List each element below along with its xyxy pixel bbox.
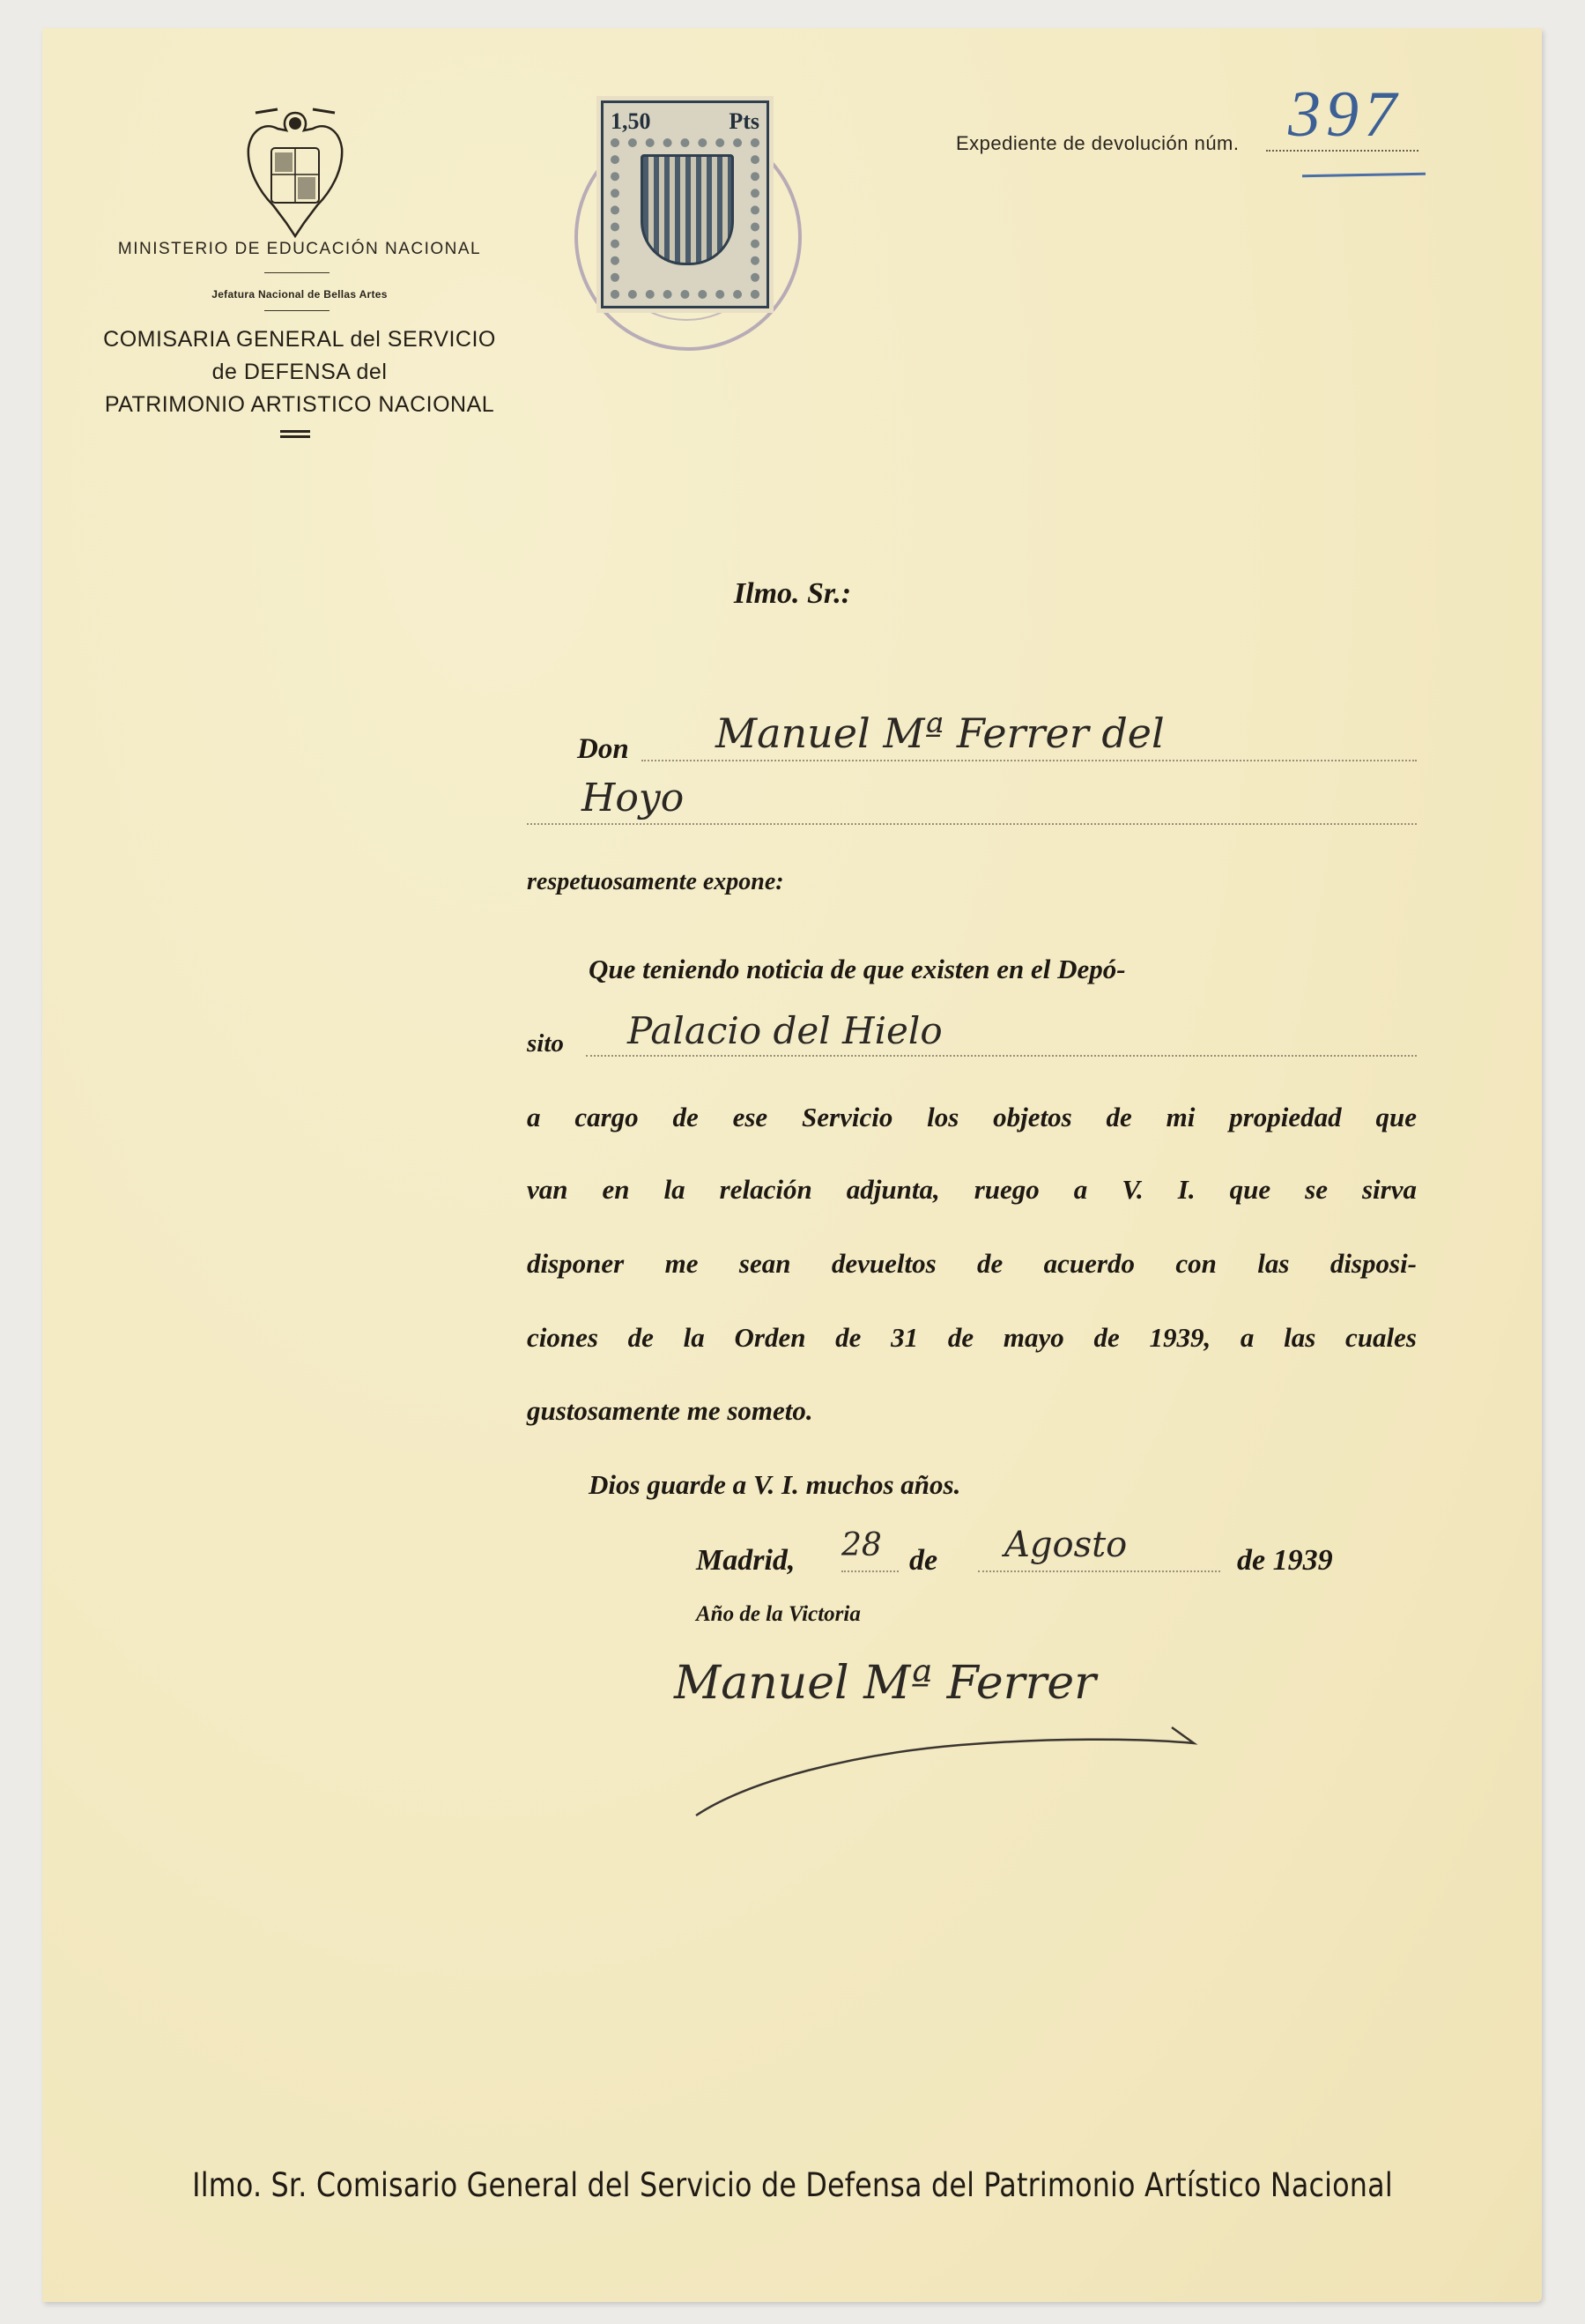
expediente-number: 397 bbox=[1288, 78, 1402, 152]
comisaria-line: PATRIMONIO ARTISTICO NACIONAL bbox=[88, 389, 511, 421]
revenue-stamp: 1,50 Pts bbox=[546, 71, 863, 370]
month-field-line bbox=[978, 1570, 1220, 1572]
date-era: Año de la Victoria bbox=[696, 1602, 861, 1627]
deposito-field-line bbox=[586, 1055, 1417, 1057]
comisaria-heading: COMISARIA GENERAL del SERVICIO de DEFENS… bbox=[88, 323, 511, 421]
divider bbox=[264, 272, 330, 273]
expone-text: respetuosamente expone: bbox=[527, 868, 784, 896]
body-line: ciones de la Orden de 31 de mayo de 1939… bbox=[527, 1322, 1417, 1354]
double-rule bbox=[280, 430, 310, 441]
shield-icon bbox=[641, 154, 734, 265]
day-field-line bbox=[841, 1570, 899, 1572]
closing-formula: Dios guarde a V. I. muchos años. bbox=[589, 1469, 960, 1501]
date-day-handwritten: 28 bbox=[841, 1527, 882, 1563]
divider bbox=[264, 310, 330, 311]
date-month-handwritten: Agosto bbox=[1004, 1525, 1127, 1565]
name-field-line-2 bbox=[527, 823, 1417, 825]
signature-flourish-icon bbox=[678, 1719, 1207, 1824]
date-city: Madrid, bbox=[696, 1544, 795, 1578]
applicant-name-handwritten: Manuel Mª Ferrer del bbox=[715, 709, 1165, 757]
stamp-value: 1,50 bbox=[611, 108, 651, 135]
date-de: de bbox=[909, 1544, 937, 1578]
name-field-line bbox=[641, 760, 1417, 761]
jefatura-subheading: Jefatura Nacional de Bellas Artes bbox=[88, 288, 511, 301]
body-line: gustosamente me someto. bbox=[527, 1395, 813, 1427]
stamp-body: 1,50 Pts bbox=[601, 100, 769, 308]
don-label: Don bbox=[577, 733, 629, 766]
body-line: van en la relación adjunta, ruego a V. I… bbox=[527, 1174, 1417, 1206]
ministry-heading: MINISTERIO DE EDUCACIÓN NACIONAL bbox=[88, 240, 511, 259]
comisaria-line: COMISARIA GENERAL del SERVICIO bbox=[88, 323, 511, 356]
paragraph-start: Que teniendo noticia de que existen en e… bbox=[589, 954, 1126, 985]
signature: Manuel Mª Ferrer bbox=[674, 1657, 1096, 1710]
deposito-handwritten: Palacio del Hielo bbox=[627, 1009, 943, 1052]
sito-label: sito bbox=[527, 1029, 564, 1058]
body-line: disponer me sean devueltos de acuerdo co… bbox=[527, 1248, 1417, 1280]
salutation: Ilmo. Sr.: bbox=[0, 577, 1585, 611]
applicant-name-handwritten-2: Hoyo bbox=[581, 776, 684, 820]
stamp-unit: Pts bbox=[729, 108, 759, 135]
footer-addressee: Ilmo. Sr. Comisario General del Servicio… bbox=[111, 2166, 1474, 2204]
expediente-label: Expediente de devolución núm. bbox=[956, 132, 1240, 155]
body-line: a cargo de ese Servicio los objetos de m… bbox=[527, 1102, 1417, 1133]
comisaria-line: de DEFENSA del bbox=[88, 356, 511, 389]
date-year: de 1939 bbox=[1237, 1544, 1333, 1578]
coat-of-arms-icon bbox=[238, 104, 352, 245]
